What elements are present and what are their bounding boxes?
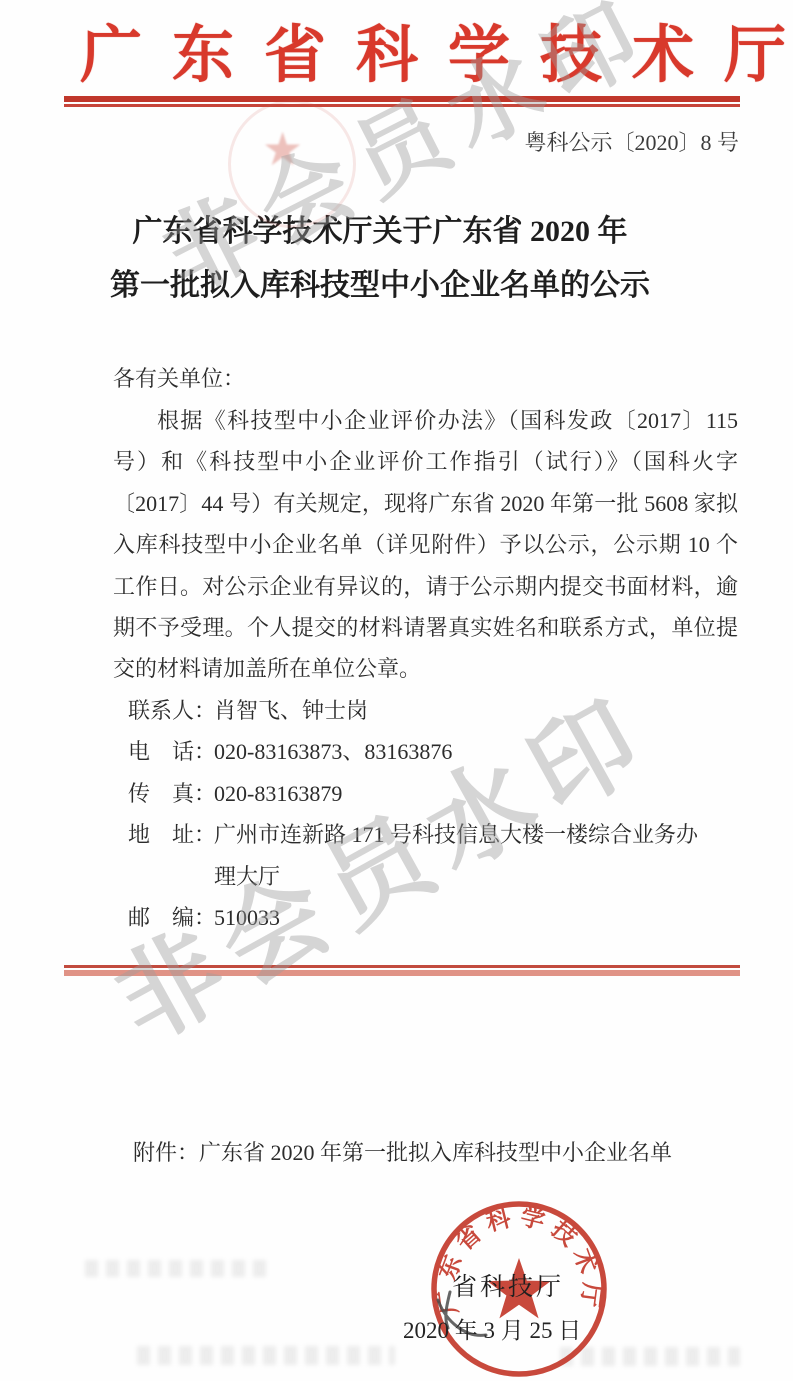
letterhead-agency-name: 广东省科学技术厅 bbox=[80, 18, 730, 94]
contact-person-label: 联系人 bbox=[128, 690, 194, 731]
issuing-department: 省科技厅 bbox=[452, 1272, 564, 1304]
salutation: 各有关单位： bbox=[113, 358, 738, 399]
document-title-line2: 第一批拟入库科技型中小企业名单的公示 bbox=[55, 259, 705, 313]
contact-person-value: 肖智飞、钟士岗 bbox=[214, 698, 368, 723]
contact-fax-value: 020-83163879 bbox=[214, 781, 342, 806]
colon: ： bbox=[194, 897, 214, 938]
colon: ： bbox=[194, 690, 214, 731]
contact-phone-label: 电 话 bbox=[128, 731, 194, 772]
colon: ： bbox=[194, 731, 214, 772]
colon: ： bbox=[194, 773, 214, 814]
rule-thin-bar bbox=[64, 965, 740, 968]
document-number: 粤科公示〔2020〕8 号 bbox=[524, 126, 739, 160]
body-paragraph: 根据《科技型中小企业评价办法》（国科发政〔2017〕115 号）和《科技型中小企… bbox=[113, 400, 738, 690]
issue-date: 2020 年 3 月 25 日 bbox=[403, 1312, 581, 1350]
body-line: 工作日。对公示企业有异议的，请于公示期内提交书面材料，逾 bbox=[113, 566, 738, 607]
rule-thick-bar bbox=[64, 96, 740, 102]
body-line: 交的材料请加盖所在单位公章。 bbox=[113, 648, 738, 689]
contact-address-row: 地 址：广州市连新路 171 号科技信息大楼一楼综合业务办 bbox=[128, 814, 740, 855]
contact-phone-row: 电 话：020-83163873、83163876 bbox=[128, 731, 740, 772]
body-line: 入库科技型中小企业名单（详见附件）予以公示，公示期 10 个 bbox=[113, 524, 738, 565]
attachment-line: 附件：广东省 2020 年第一批拟入库科技型中小企业名单 bbox=[133, 1132, 672, 1173]
body-line: 期不予受理。个人提交的材料请署真实姓名和联系方式，单位提 bbox=[113, 607, 738, 648]
contact-address-label: 地 址 bbox=[128, 814, 194, 855]
contact-phone-value: 020-83163873、83163876 bbox=[214, 739, 452, 764]
body-line: 号）和《科技型中小企业评价工作指引（试行）》（国科火字 bbox=[113, 441, 738, 482]
contact-block: 联系人：肖智飞、钟士岗 电 话：020-83163873、83163876 传 … bbox=[128, 690, 740, 938]
document-page: ★ 广东省科学技术厅 粤科公示〔2020〕8 号 广东省科学技术厅关于广东省 2… bbox=[0, 0, 793, 1381]
document-title: 广东省科学技术厅关于广东省 2020 年 第一批拟入库科技型中小企业名单的公示 bbox=[55, 205, 705, 313]
letterhead-rule-top bbox=[64, 96, 740, 107]
bleed-through-artifact bbox=[85, 1260, 270, 1277]
contact-person-row: 联系人：肖智飞、钟士岗 bbox=[128, 690, 740, 731]
footer-rule bbox=[64, 965, 740, 976]
contact-postcode-label: 邮 编 bbox=[128, 897, 194, 938]
rule-thin-bar bbox=[64, 104, 740, 107]
contact-address-value-line1: 广州市连新路 171 号科技信息大楼一楼综合业务办 bbox=[214, 822, 698, 847]
contact-fax-row: 传 真：020-83163879 bbox=[128, 773, 740, 814]
colon: ： bbox=[194, 814, 214, 855]
contact-fax-label: 传 真 bbox=[128, 773, 194, 814]
contact-address-value-line2: 理大厅 bbox=[128, 856, 740, 897]
ghost-seal-star-icon: ★ bbox=[262, 122, 303, 176]
body-line: 〔2017〕44 号）有关规定，现将广东省 2020 年第一批 5608 家拟 bbox=[113, 483, 738, 524]
contact-postcode-value: 510033 bbox=[214, 905, 280, 930]
ghost-seal-residue: ★ bbox=[228, 100, 356, 228]
contact-postcode-row: 邮 编：510033 bbox=[128, 897, 740, 938]
rule-thick-bar bbox=[64, 970, 740, 976]
document-title-line1: 广东省科学技术厅关于广东省 2020 年 bbox=[55, 205, 705, 259]
body-line: 根据《科技型中小企业评价办法》（国科发政〔2017〕115 bbox=[113, 400, 738, 441]
bleed-through-artifact bbox=[137, 1346, 395, 1365]
